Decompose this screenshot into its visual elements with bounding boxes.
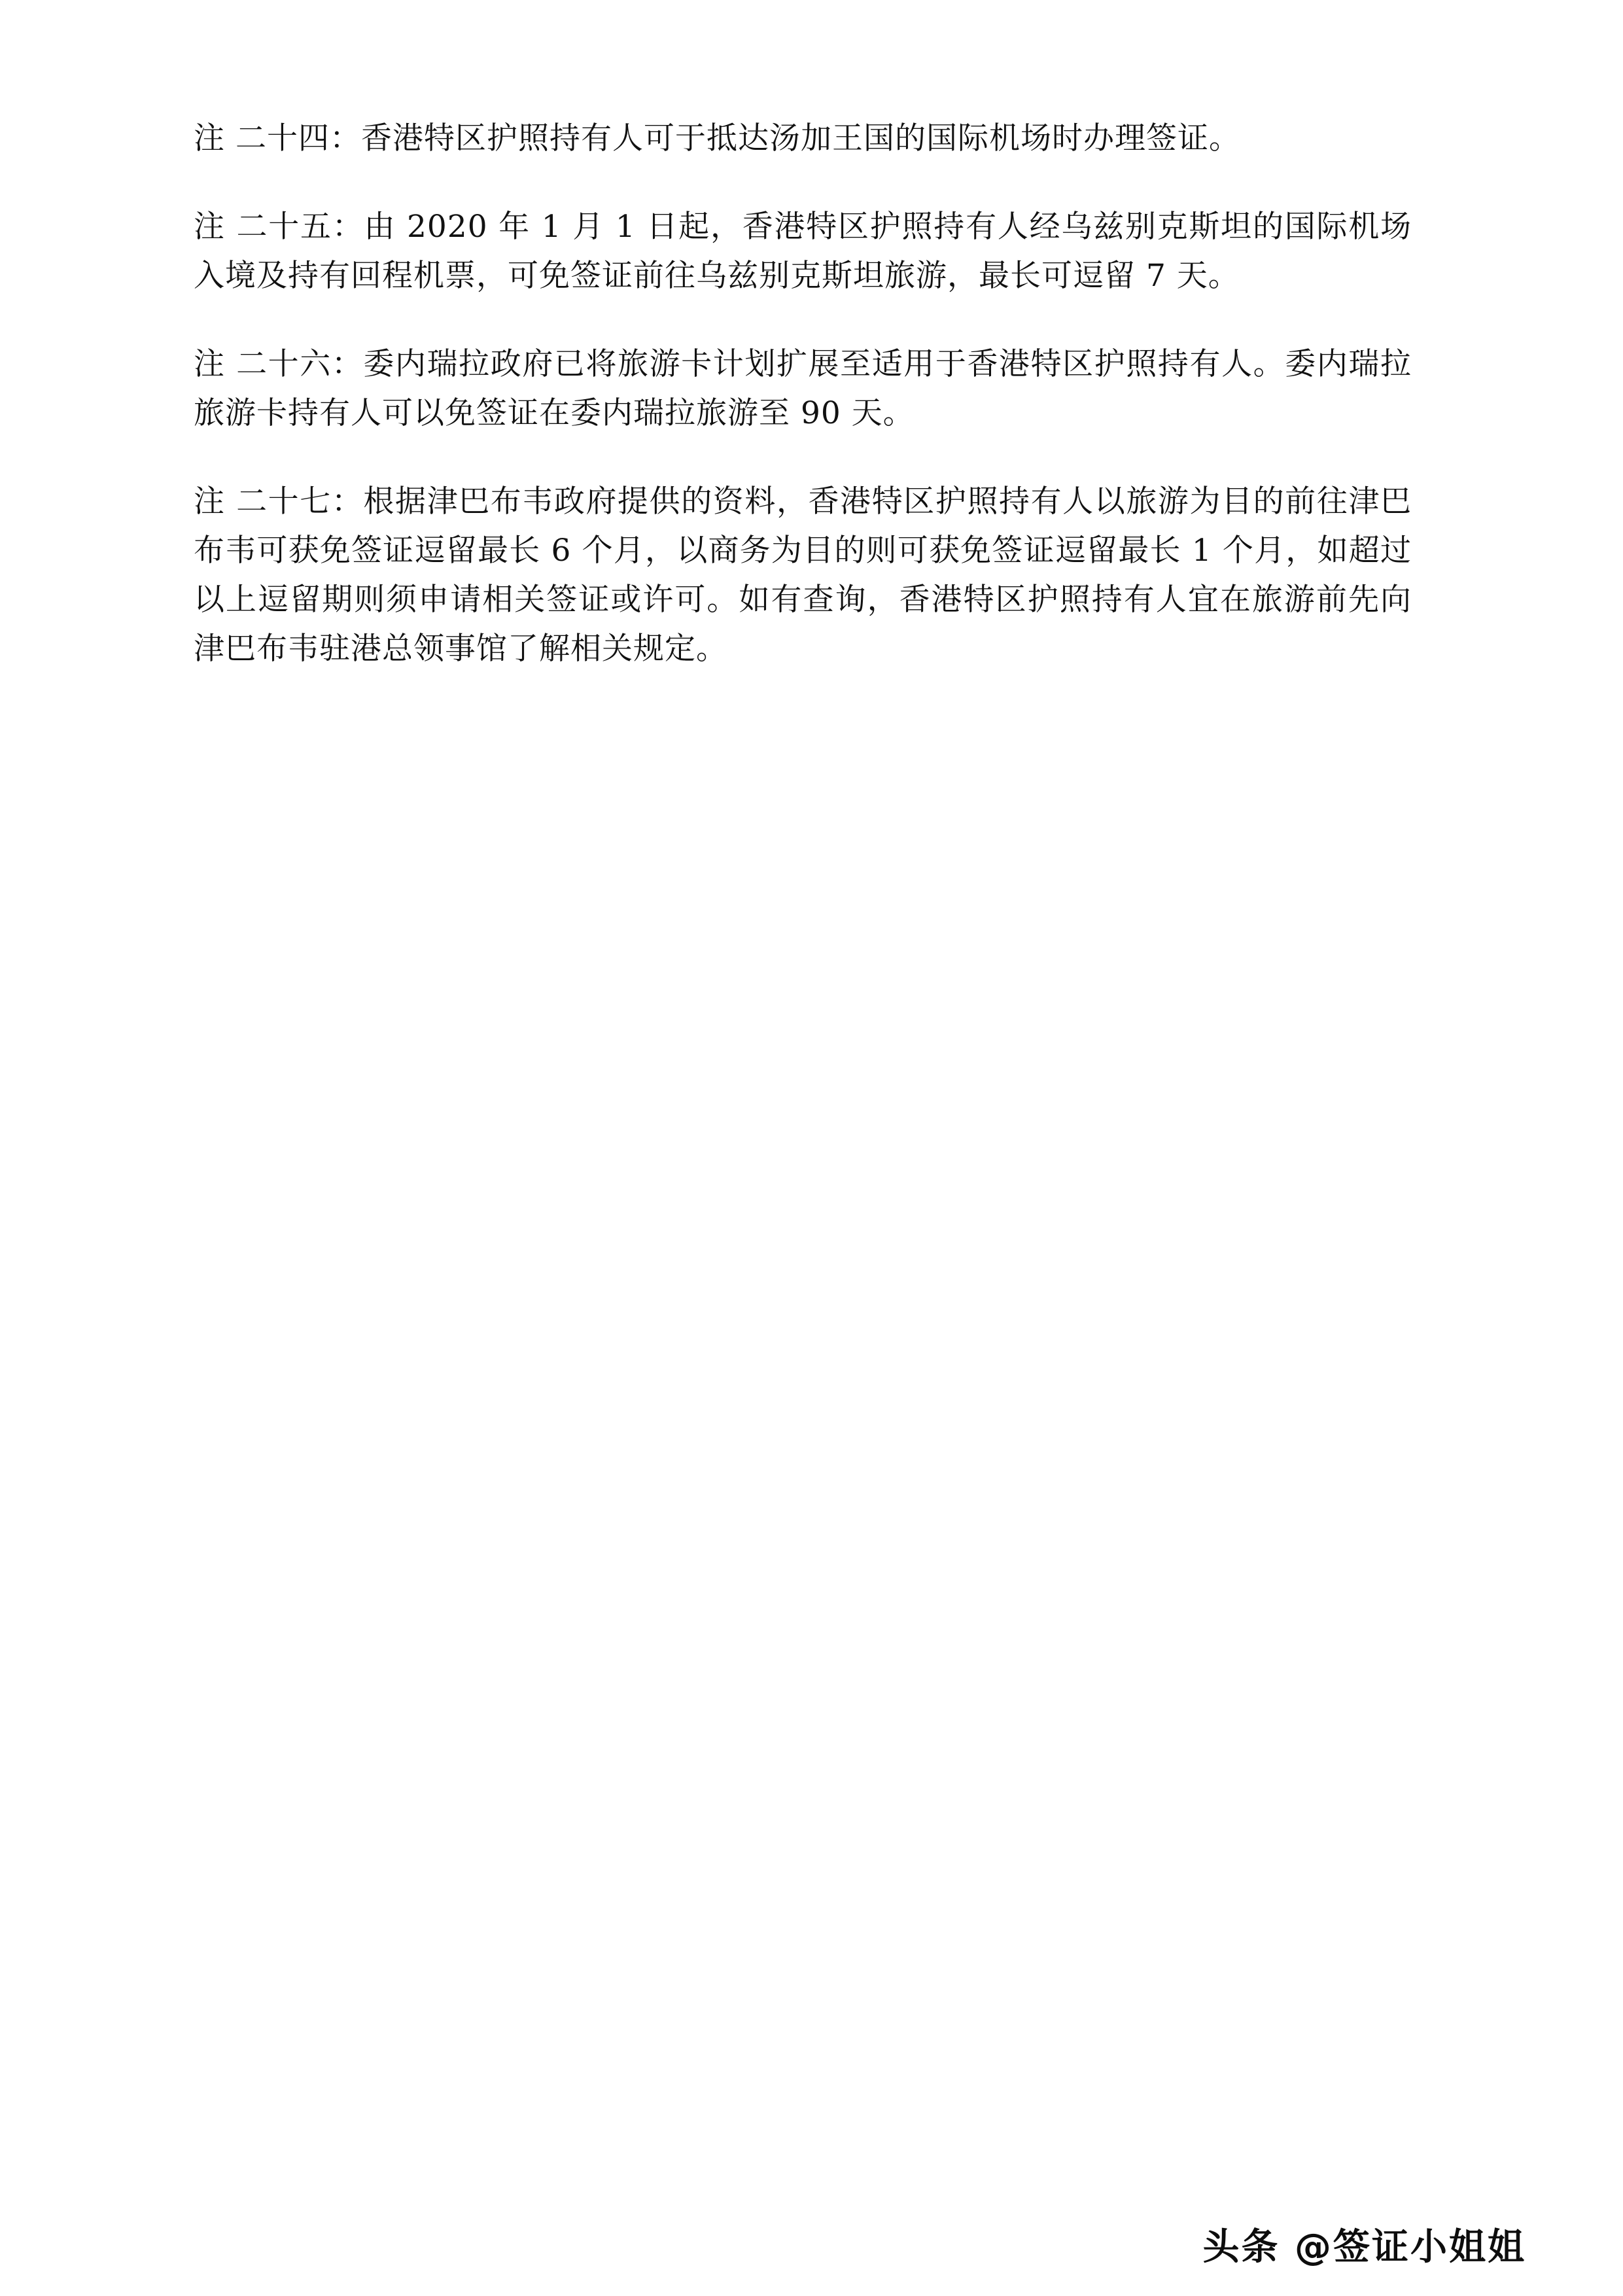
note-paragraph-26: 注 二十六：委内瑞拉政府已将旅游卡计划扩展至适用于香港特区护照持有人。委内瑞拉旅… [194,340,1412,438]
notes-section: 注 二十四：香港特区护照持有人可于抵达汤加王国的国际机场时办理签证。 注 二十五… [194,114,1412,713]
document-page: 注 二十四：香港特区护照持有人可于抵达汤加王国的国际机场时办理签证。 注 二十五… [0,0,1623,2296]
note-paragraph-27: 注 二十七：根据津巴布韦政府提供的资料，香港特区护照持有人以旅游为目的前往津巴布… [194,477,1412,673]
note-paragraph-25: 注 二十五：由 2020 年 1 月 1 日起，香港特区护照持有人经乌兹别克斯坦… [194,202,1412,300]
note-paragraph-24: 注 二十四：香港特区护照持有人可于抵达汤加王国的国际机场时办理签证。 [194,114,1412,163]
watermark-text: 头条 @签证小姐姐 [1203,2218,1527,2270]
